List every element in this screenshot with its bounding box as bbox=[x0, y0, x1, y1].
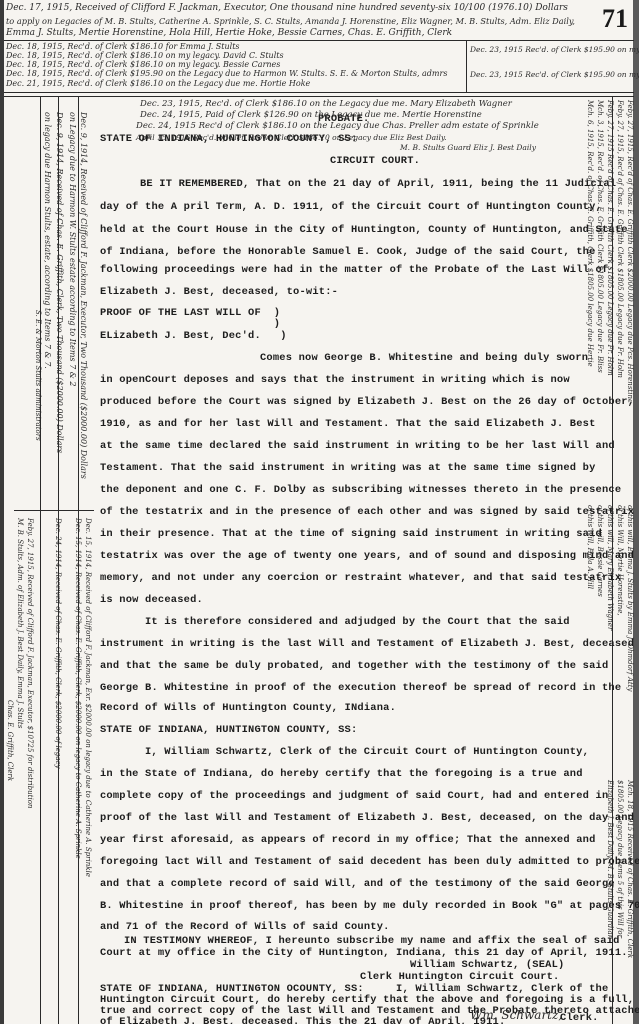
margin-notation: Mch. 3, 1915, Rec'd. of Chas. E. Griffit… bbox=[596, 100, 604, 373]
margin-notation: on legacy due Harmon Stults, estate, acc… bbox=[43, 112, 52, 369]
margin-notation: M. B. Stults, Adm. of Elizabeth J. Best … bbox=[16, 518, 24, 728]
document-page: Dec. 17, 1915, Received of Clifford F. J… bbox=[0, 0, 639, 1024]
margin-rule bbox=[40, 96, 41, 1024]
caption-line: ELizabeth J. Best, Dec'd. ) bbox=[100, 330, 287, 342]
paragraph-line: in the State of Indiana, do hereby certi… bbox=[100, 768, 583, 780]
top-notation: Dec. 17, 1915, Received of Clifford F. J… bbox=[6, 3, 568, 13]
margin-notation: S. E. & Morton Stults administrators bbox=[34, 310, 42, 441]
paragraph-line: B. Whitestine in proof thereof, has been… bbox=[100, 900, 639, 912]
margin-notation: Chas. E. Griffith, Clerk bbox=[6, 700, 14, 781]
paragraph-line: foregoing lact Will and Testament of sai… bbox=[100, 856, 639, 868]
paragraph-line: year first aforesaid, as appears of reco… bbox=[100, 834, 596, 846]
paragraph-line: George B. Whitestine in proof of the exe… bbox=[100, 682, 621, 694]
margin-notation: Dec. 24, 1914, Received of Chas. E. Grif… bbox=[54, 518, 62, 768]
margin-notation: Feby. 27, 1915 Rec'd of Chas. E. Griffit… bbox=[606, 100, 614, 376]
probate-heading: PROBATE. bbox=[318, 113, 369, 125]
middle-notation: Dec. 23, 1915, Rec'd. of Clerk $186.10 o… bbox=[140, 99, 512, 109]
top-notation: Dec. 18, 1915, Rec'd. of Clerk $186.10 o… bbox=[6, 51, 284, 60]
paragraph-line: and that the same be duly probated, and … bbox=[100, 660, 608, 672]
handwritten-signature: Wm. Schwartz, bbox=[470, 1008, 562, 1022]
state-county-line: STATE OF INDIANA, HUNTINGTON COUNTY, SS: bbox=[100, 724, 357, 736]
margin-notation: on Legacy due to Harmon W. Stults estate… bbox=[68, 112, 77, 386]
paragraph-line: instrument in writing is the last Will a… bbox=[100, 638, 634, 650]
margin-notation: Dec. 15, 1914, Received of Chas. E. Grif… bbox=[74, 518, 82, 859]
paragraph-line: following proceedings were had in the ma… bbox=[100, 264, 608, 276]
top-notation: Dec. 18, 1915, Rec'd. of Clerk $195.90 o… bbox=[6, 69, 447, 78]
paragraph-line: Record of Wills of Huntington County, IN… bbox=[100, 702, 396, 714]
state-county-line: STATE OF INDIANA, HUNTINGTON COUNTY, SS: bbox=[100, 133, 357, 145]
clerk-label: Clerk. bbox=[560, 1012, 599, 1024]
paragraph-line: proof of the last Will and Testament of … bbox=[100, 812, 634, 824]
paragraph-line: at the same time declared the said instr… bbox=[100, 440, 615, 452]
paragraph-line: held at the Court House in the City of H… bbox=[100, 224, 628, 236]
paragraph-line: and 71 of the Record of Wills of said Co… bbox=[100, 921, 390, 933]
caption-line: ) bbox=[100, 318, 280, 330]
middle-notation: Dec. 24, 1915, Paid of Clerk $126.90 on … bbox=[140, 110, 482, 120]
clerk-title: Clerk Huntington Circuit Court. bbox=[360, 971, 560, 983]
paragraph-line: in their presence. That at the time of s… bbox=[100, 528, 602, 540]
paragraph-line: Elizabeth J. Best, deceased, to-wit:- bbox=[100, 286, 338, 298]
margin-notation: of this will, Emma J. Stults by Emma J. … bbox=[626, 505, 634, 691]
margin-notation: Mch. 18, 1915 Received of Chas. E. Griff… bbox=[626, 780, 634, 958]
margin-notation: Dec. 9, 1914, Received of Clifford F. Ja… bbox=[79, 112, 88, 479]
margin-notation: Dec. 9, 1914, Received of Chas. E. Griff… bbox=[55, 112, 64, 453]
paragraph-line: Testament. That the said instrument in w… bbox=[100, 462, 596, 474]
top-right-notation: Dec. 23, 1915 Rec'd. of Clerk $195.90 on… bbox=[470, 70, 639, 79]
top-notation: to apply on Legacies of M. B. Stults, Ca… bbox=[6, 16, 575, 26]
paragraph-line: of Indiana, before the Honorable Samuel … bbox=[100, 246, 596, 258]
margin-rule bbox=[14, 510, 94, 511]
testimony-line: Court at my office in the City of Huntin… bbox=[100, 947, 628, 959]
paragraph-line: complete copy of the proceedings and jud… bbox=[100, 790, 608, 802]
margin-notation: Dec. 15, 1914, Received of Clifford F. J… bbox=[84, 518, 92, 877]
court-heading: CIRCUIT COURT. bbox=[330, 155, 420, 167]
margin-notation: of this will, Mary Elizabeth Wagner bbox=[606, 505, 614, 630]
middle-notation: M. B. Stults Guard Eliz J. Best Daily bbox=[400, 143, 536, 152]
paragraph-line: of the testatrix and in the presence of … bbox=[100, 506, 634, 518]
page-edge-left bbox=[0, 0, 4, 1024]
page-number: 71 bbox=[602, 4, 628, 34]
clerk-signature: William Schwartz, (SEAL) bbox=[410, 959, 564, 971]
top-notation: Dec. 18, 1915, Rec'd. of Clerk $186.10 o… bbox=[6, 60, 280, 69]
paragraph-line: testatrix was over the age of twenty one… bbox=[100, 550, 634, 562]
paragraph-line: I, William Schwartz, Clerk of the Circui… bbox=[145, 746, 589, 758]
top-notation: Dec. 21, 1915, Rec'd. of Clerk $186.10 o… bbox=[6, 79, 310, 88]
testimony-line: IN TESTIMONY WHEREOF, I hereunto subscri… bbox=[124, 935, 620, 947]
divider bbox=[4, 40, 634, 41]
paragraph-line: and that a complete record of said Will,… bbox=[100, 878, 615, 890]
divider bbox=[466, 40, 467, 92]
paragraph-line: Comes now George B. Whitestine and being… bbox=[260, 352, 588, 364]
paragraph-line: produced before the Court was signed by … bbox=[100, 396, 634, 408]
top-notation: Dec. 18, 1915, Rec'd. of Clerk $186.10 f… bbox=[6, 42, 240, 51]
paragraph-line: It is therefore considered and adjudged … bbox=[145, 616, 570, 628]
paragraph-line: memory, and not under any coercion or re… bbox=[100, 572, 621, 584]
paragraph-line: 1910, as and for her last Will and Testa… bbox=[100, 418, 596, 430]
paragraph-line: day of the A pril Term, A. D. 1911, of t… bbox=[100, 201, 602, 213]
margin-notation: Feby. 27, 1915, Rec'd of Chas. E. Griffi… bbox=[626, 100, 634, 403]
divider bbox=[4, 96, 634, 97]
divider bbox=[4, 92, 634, 93]
paragraph-line: in openCourt deposes and says that the i… bbox=[100, 374, 570, 386]
paragraph-line: BE IT REMEMBERED, That on the 21 day of … bbox=[140, 178, 616, 190]
paragraph-line: the deponent and one C. F. Dolby as subs… bbox=[100, 484, 621, 496]
final-cert-line: of Elizabeth J. Best, deceased. This the… bbox=[100, 1016, 505, 1024]
top-right-notation: Dec. 23, 1915 Rec'd. of Clerk $195.90 on… bbox=[470, 45, 639, 54]
top-notation: Emma J. Stults, Mertie Horenstine, Hola … bbox=[6, 28, 452, 38]
paragraph-line: is now deceased. bbox=[100, 594, 203, 606]
margin-notation: Feby. 27, 1915, Received of Clifford F. … bbox=[26, 518, 34, 808]
margin-notation: Feby. 27, 1915, Rec'd of Chas. E. Griffi… bbox=[616, 100, 624, 378]
